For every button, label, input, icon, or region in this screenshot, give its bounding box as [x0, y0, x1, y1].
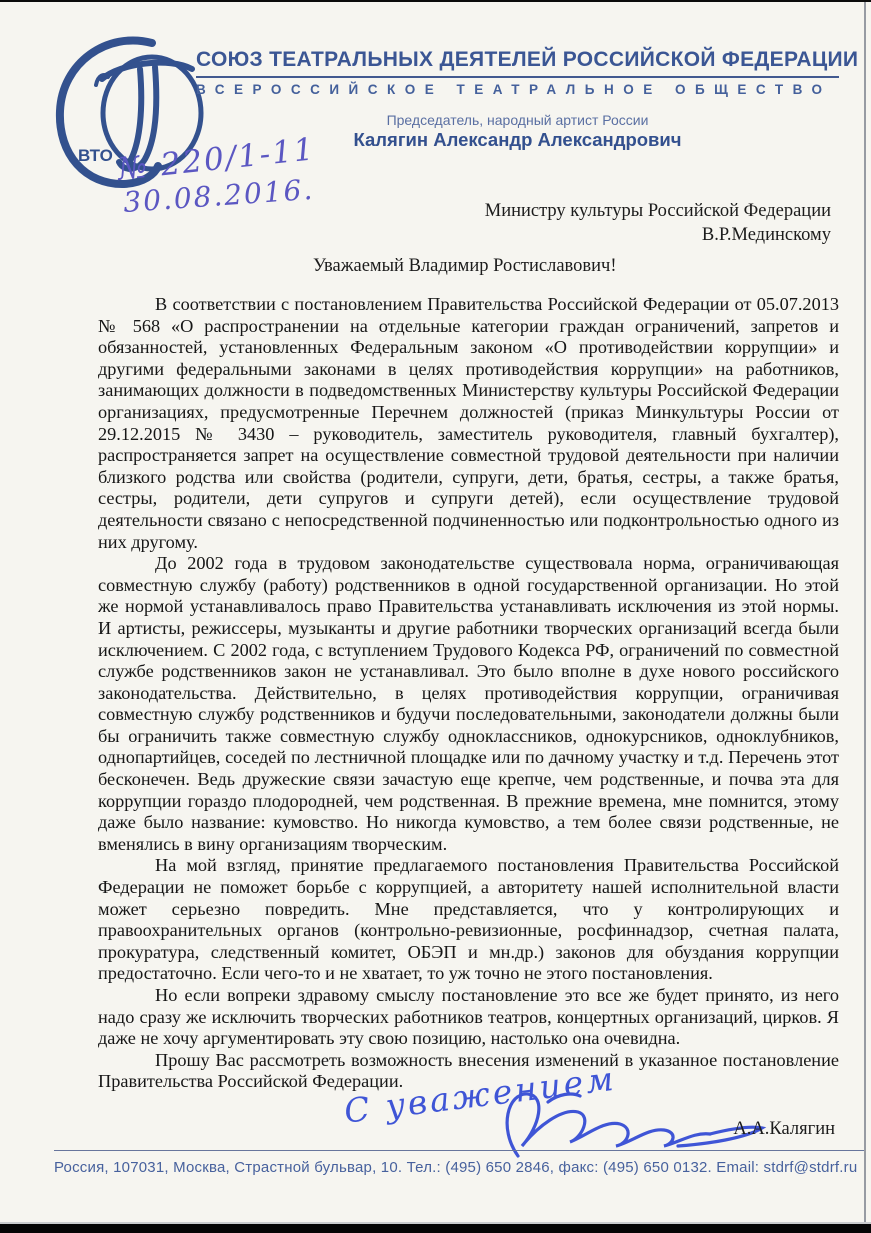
recipient-line2: В.Р.Мединскому: [485, 223, 831, 247]
recipient-block: Министру культуры Российской Федерации В…: [485, 199, 831, 248]
footer-contact-line: Россия, 107031, Москва, Страстной бульва…: [54, 1150, 864, 1176]
org-name: СОЮЗ ТЕАТРАЛЬНЫХ ДЕЯТЕЛЕЙ РОССИЙСКОЙ ФЕД…: [196, 48, 839, 78]
paragraph: На мой взгляд, принятие предлагаемого по…: [98, 855, 839, 985]
letter-body: В соответствии с постановлением Правител…: [98, 294, 839, 1093]
letterhead: СОЮЗ ТЕАТРАЛЬНЫХ ДЕЯТЕЛЕЙ РОССИЙСКОЙ ФЕД…: [196, 48, 839, 97]
chairman-title: Председатель, народный артист России: [196, 112, 839, 128]
signature-name: А.А.Калягин: [733, 1119, 835, 1140]
paragraph: Но если вопреки здравому смыслу постанов…: [98, 985, 839, 1050]
paragraph: В соответствии с постановлением Правител…: [98, 294, 839, 553]
scan-edge-right: [864, 2, 866, 1222]
recipient-line1: Министру культуры Российской Федерации: [485, 199, 831, 223]
paragraph: До 2002 года в трудовом законодательстве…: [98, 553, 839, 855]
scan-edge-bottom: [0, 1222, 871, 1233]
scanned-letter-page: ВТО СОЮЗ ТЕАТРАЛЬНЫХ ДЕЯТЕЛЕЙ РОССИЙСКОЙ…: [0, 0, 871, 1233]
vto-logo-label: ВТО: [78, 146, 113, 165]
society-name: ВСЕРОССИЙСКОЕ ТЕАТРАЛЬНОЕ ОБЩЕСТВО: [196, 82, 839, 97]
scan-edge-top: [0, 0, 871, 2]
salutation: Уважаемый Владимир Ростиславович!: [313, 256, 617, 277]
